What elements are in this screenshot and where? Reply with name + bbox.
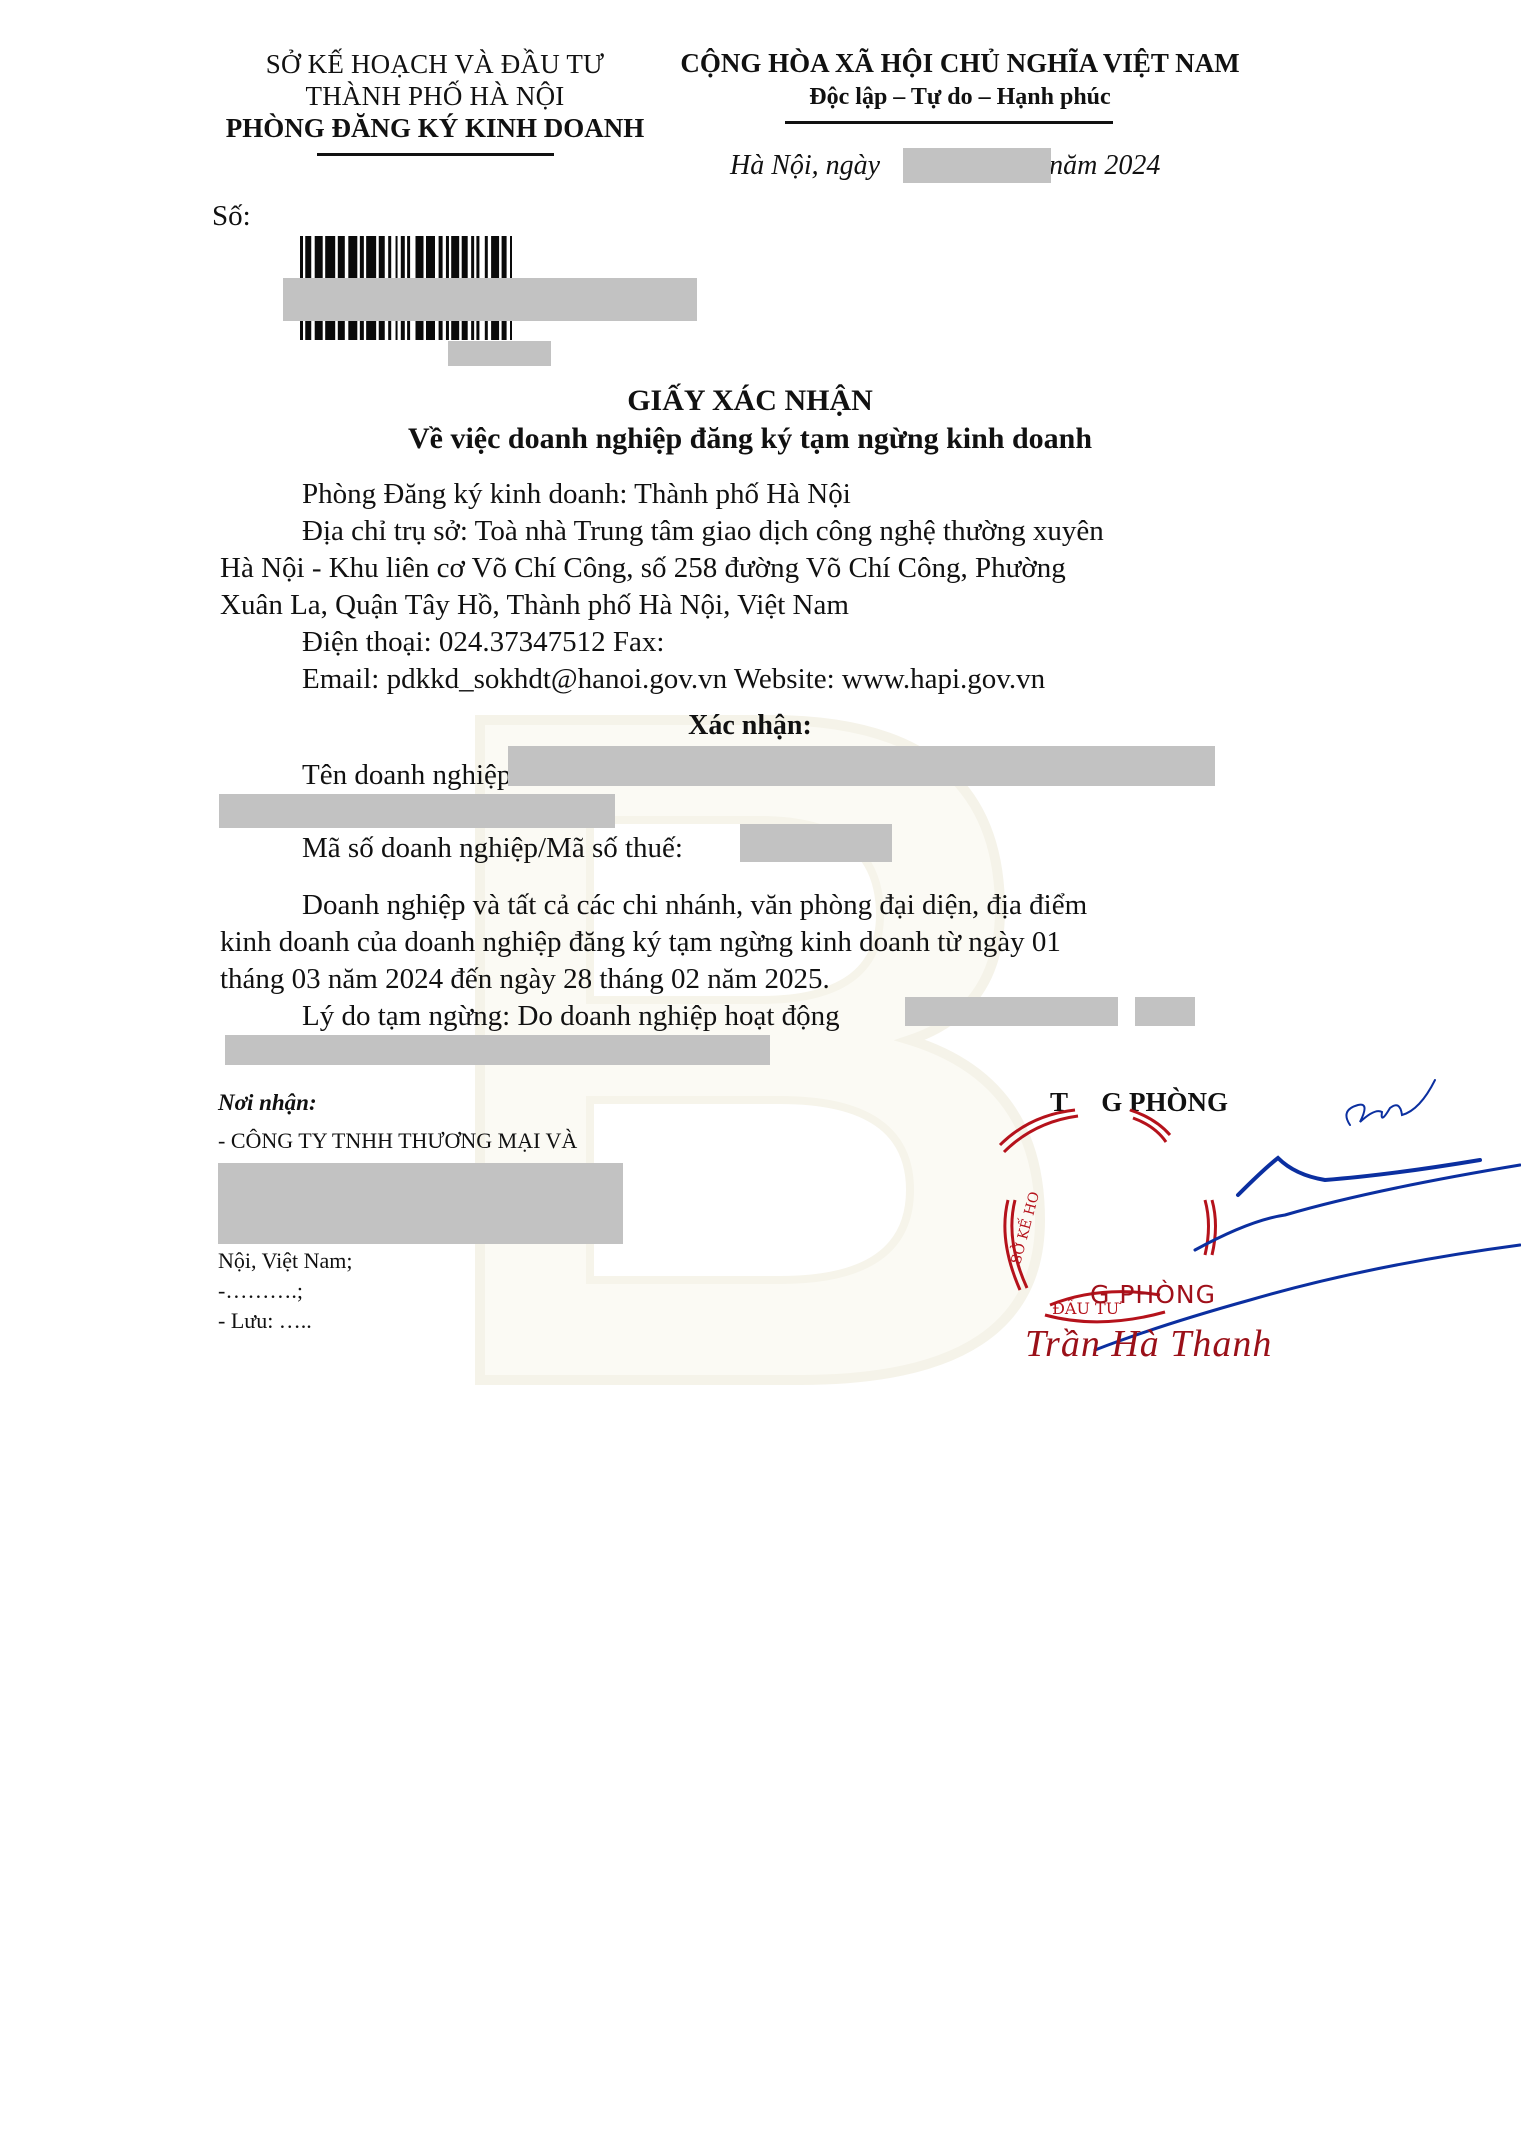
office-phone: Điện thoại: 024.37347512 Fax: bbox=[302, 624, 664, 661]
redacted-date bbox=[903, 148, 1051, 183]
tax-code-label: Mã số doanh nghiệp/Mã số thuế: bbox=[302, 832, 683, 864]
motto: Độc lập – Tự do – Hạnh phúc bbox=[660, 80, 1260, 114]
redacted-barcode-number bbox=[283, 278, 697, 321]
country-name: CỘNG HÒA XÃ HỘI CHỦ NGHĨA VIỆT NAM bbox=[660, 46, 1260, 80]
recipients-heading: Nơi nhận: bbox=[218, 1088, 577, 1118]
signatory-stamp-title: G PHÒNG bbox=[1090, 1280, 1216, 1309]
date-prefix: Hà Nội, ngày bbox=[730, 150, 880, 181]
redacted-reason-1 bbox=[905, 997, 1118, 1026]
recipient-other: -……….; bbox=[218, 1276, 577, 1306]
authority-line-1: SỞ KẾ HOẠCH VÀ ĐẦU TƯ bbox=[205, 48, 665, 80]
office-address-1: Địa chỉ trụ sở: Toà nhà Trung tâm giao d… bbox=[302, 513, 1104, 550]
tax-code: Mã số doanh nghiệp/Mã số thuế: bbox=[302, 830, 683, 867]
authority-line-3: PHÒNG ĐĂNG KÝ KINH DOANH bbox=[205, 112, 665, 144]
document-title: GIẤY XÁC NHẬN Về việc doanh nghiệp đăng … bbox=[200, 382, 1300, 458]
recipient-1: - CÔNG TY TNHH THƯƠNG MẠI VÀ bbox=[218, 1126, 577, 1156]
recipient-1-address-end: Nội, Việt Nam; bbox=[218, 1246, 577, 1276]
redacted-recipient-address bbox=[218, 1163, 623, 1244]
redacted-tax-code bbox=[740, 824, 892, 862]
national-motto: CỘNG HÒA XÃ HỘI CHỦ NGHĨA VIỆT NAM Độc l… bbox=[660, 46, 1260, 114]
office-name: Phòng Đăng ký kinh doanh: Thành phố Hà N… bbox=[302, 476, 851, 513]
office-email: Email: pdkkd_sokhdt@hanoi.gov.vn Website… bbox=[302, 661, 1045, 698]
header-right-underline bbox=[785, 121, 1113, 124]
redacted-reason-2 bbox=[225, 1035, 770, 1065]
confirmation-heading: Xác nhận: bbox=[200, 710, 1300, 742]
title-main: GIẤY XÁC NHẬN bbox=[200, 382, 1300, 420]
suspension-para-1: Doanh nghiệp và tất cả các chi nhánh, vă… bbox=[302, 887, 1087, 924]
signatory-name: Trần Hà Thanh bbox=[1025, 1322, 1272, 1366]
authority-line-2: THÀNH PHỐ HÀ NỘI bbox=[205, 80, 665, 112]
issuing-authority: SỞ KẾ HOẠCH VÀ ĐẦU TƯ THÀNH PHỐ HÀ NỘI P… bbox=[205, 48, 665, 144]
date-suffix: năm 2024 bbox=[1049, 150, 1160, 181]
suspension-para-3: tháng 03 năm 2024 đến ngày 28 tháng 02 n… bbox=[220, 961, 830, 998]
document-number-label: Số: bbox=[212, 200, 251, 233]
svg-text:SỞ KẾ HO: SỞ KẾ HO bbox=[1005, 1189, 1044, 1266]
office-address-2: Hà Nội - Khu liên cơ Võ Chí Công, số 258… bbox=[220, 550, 1066, 587]
recipient-archive: - Lưu: ….. bbox=[218, 1306, 577, 1336]
redacted-reason-1b bbox=[1135, 997, 1195, 1026]
suspension-para-2: kinh doanh của doanh nghiệp đăng ký tạm … bbox=[220, 924, 1061, 961]
redacted-serial bbox=[448, 341, 551, 366]
redacted-company-name-1 bbox=[508, 746, 1215, 786]
office-address-3: Xuân La, Quận Tây Hồ, Thành phố Hà Nội, … bbox=[220, 587, 849, 624]
title-subject: Về việc doanh nghiệp đăng ký tạm ngừng k… bbox=[200, 420, 1300, 458]
redacted-company-name-2 bbox=[219, 794, 615, 828]
suspension-reason: Lý do tạm ngừng: Do doanh nghiệp hoạt độ… bbox=[302, 998, 840, 1035]
header-left-underline bbox=[317, 153, 554, 156]
